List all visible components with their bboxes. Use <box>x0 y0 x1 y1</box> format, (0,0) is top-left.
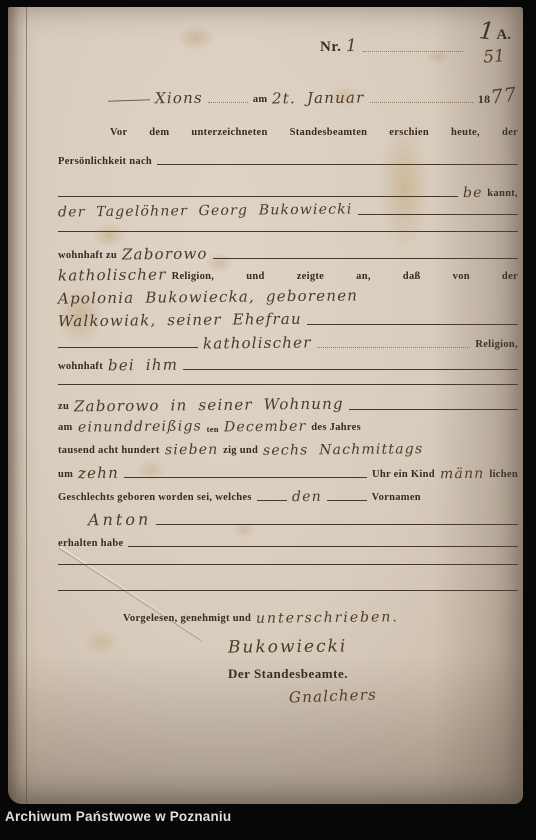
nr-label: Nr. <box>320 39 341 56</box>
scan-viewport: 1A. 51 Nr. 1 Xions am 2t. Januar 18 77 V… <box>0 0 536 840</box>
zig-und-label: zig und <box>223 445 258 457</box>
archive-caption: Archiwum Państwowe w Poznaniu <box>5 809 231 824</box>
mother-maiden-name: Walkowiak, seiner Ehefrau <box>58 312 302 330</box>
vornamen-label: Vornamen <box>372 492 421 504</box>
right-shading <box>433 7 523 804</box>
residence-value: Zaborowo <box>122 247 208 263</box>
zu-label: zu <box>58 401 69 413</box>
ten-suffix: ten <box>207 425 219 434</box>
birth-month-value: December <box>224 420 307 435</box>
rule <box>327 500 367 501</box>
closing-line: Vorgelesen, genehmigt und unterschrieben… <box>123 611 483 625</box>
dateline-am-label: am <box>253 94 268 106</box>
erhalten-habe-label: erhalten habe <box>58 538 123 550</box>
child-name-value: Anton <box>88 512 151 529</box>
am-label: am <box>58 422 73 434</box>
stain <box>176 25 216 51</box>
birth-day-value: einunddreißigs <box>78 419 202 434</box>
declarant-name: der Tagelöhner Georg Bukowiecki <box>58 202 353 219</box>
year-ones-daytime-value: sechs Nachmittags <box>263 442 423 458</box>
rule <box>124 477 367 478</box>
dateline-day-month: 2t. Januar <box>272 91 365 107</box>
persoenlichkeit-label: Persönlichkeit nach <box>58 156 152 168</box>
wohnhaft-zu-label: wohnhaft zu <box>58 250 117 262</box>
birthplace-value: Zaborowo in seiner Wohnung <box>74 397 344 415</box>
geschlechts-label: Geschlechts geboren worden sei, welches <box>58 492 252 504</box>
stain <box>92 222 126 248</box>
year-tens-value: sieben <box>165 443 219 458</box>
pen-flourish <box>108 99 150 101</box>
rule <box>58 196 458 197</box>
closing-handwritten: unterschrieben. <box>256 610 399 625</box>
rule <box>257 500 287 501</box>
dateline-place: Xions <box>155 91 203 107</box>
um-label: um <box>58 469 73 481</box>
uhr-ein-kind-label: Uhr ein Kind <box>372 469 435 481</box>
des-jahres-label: des Jahres <box>311 422 361 434</box>
religion2-value: katholischer <box>203 335 312 351</box>
closing-printed-label: Vorgelesen, genehmigt und <box>123 613 251 625</box>
den-value: den <box>292 490 322 504</box>
residence2-value: bei ihm <box>108 358 178 374</box>
document-page: 1A. 51 Nr. 1 Xions am 2t. Januar 18 77 V… <box>8 7 523 804</box>
wohnhaft-label: wohnhaft <box>58 361 103 373</box>
religion1-value: katholischer <box>58 267 167 283</box>
nr-value: 1 <box>346 38 358 55</box>
tausend-label: tausend acht hundert <box>58 445 160 457</box>
rule <box>208 102 248 103</box>
hour-value: zehn <box>78 466 119 481</box>
mother-name: Apolonia Bukowiecka, geborenen <box>58 288 358 306</box>
rule <box>58 347 198 348</box>
